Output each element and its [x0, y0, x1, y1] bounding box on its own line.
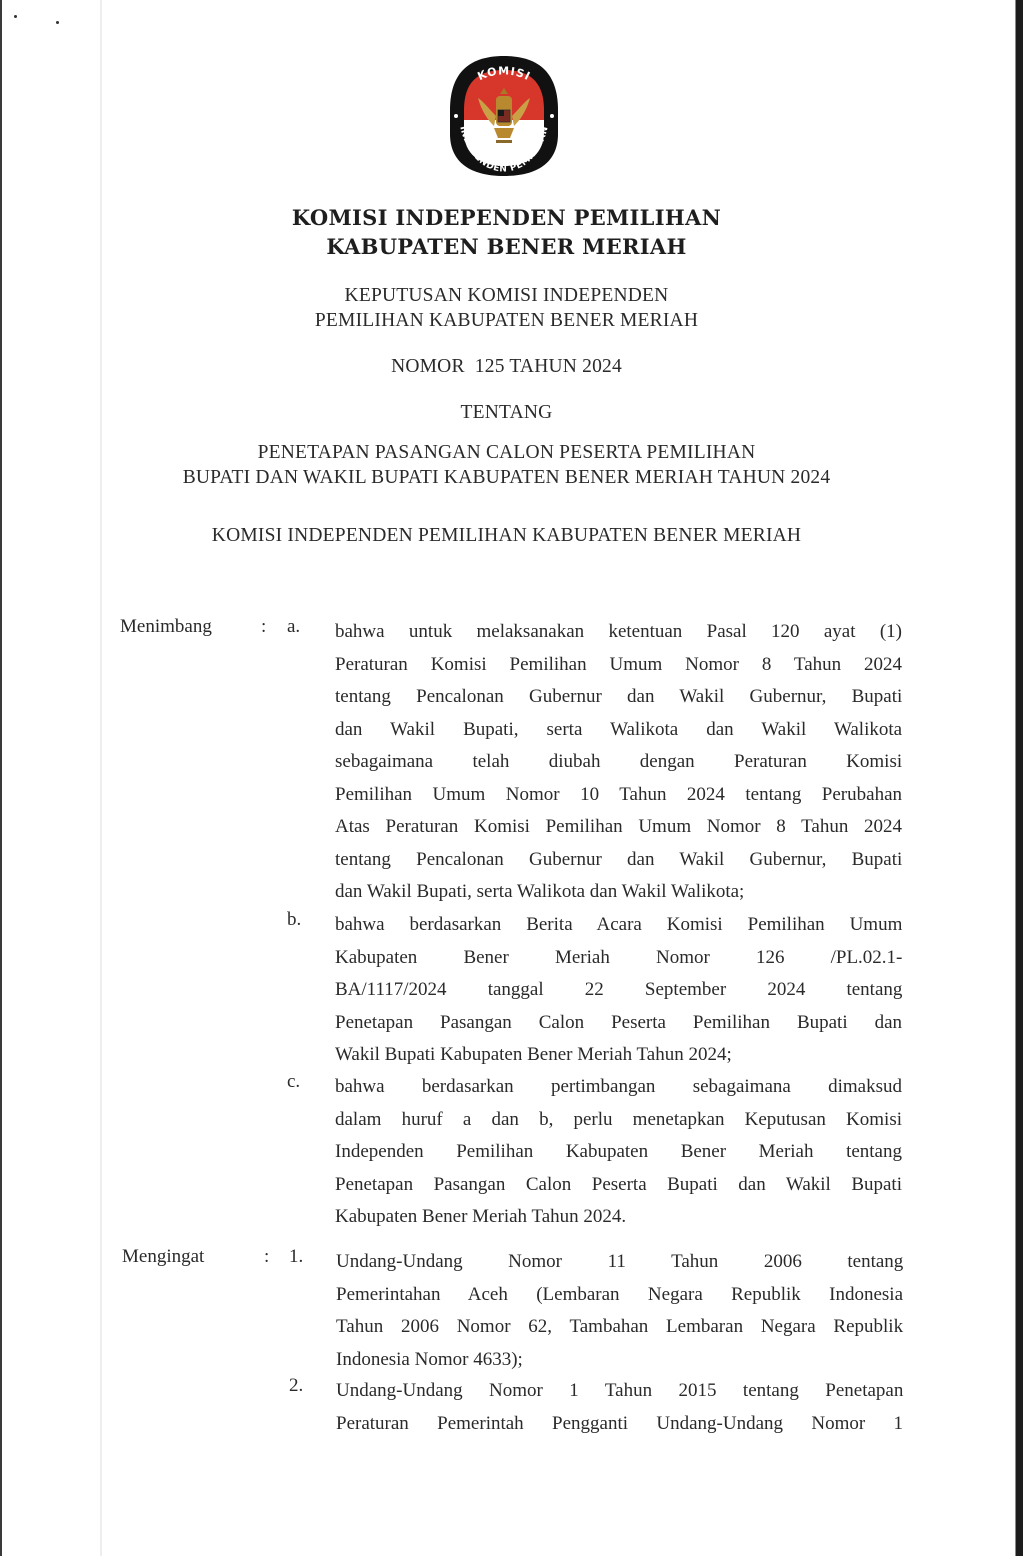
text-line: Pemerintahan Aceh (Lembaran Negara Repub…: [336, 1279, 903, 1312]
text-line: Atas Peraturan Komisi Pemilihan Umum Nom…: [335, 811, 902, 844]
decree-subject-line1: PENETAPAN PASANGAN CALON PESERTA PEMILIH…: [0, 440, 1013, 465]
menimbang-colon: :: [261, 616, 266, 638]
decree-title: KEPUTUSAN KOMISI INDEPENDEN PEMILIHAN KA…: [0, 283, 1013, 333]
text-line: bahwa untuk melaksanakan ketentuan Pasal…: [335, 616, 902, 649]
text-line: Pemilihan Umum Nomor 10 Tahun 2024 tenta…: [335, 779, 902, 812]
text-line: Indonesia Nomor 4633);: [336, 1344, 903, 1377]
kip-logo: KOMISI INDEPENDEN PEMILIHAN: [448, 54, 560, 178]
text-line: Kabupaten Bener Meriah Nomor 126 /PL.02.…: [335, 942, 902, 975]
decree-subject: PENETAPAN PASANGAN CALON PESERTA PEMILIH…: [0, 440, 1013, 490]
text-line: bahwa berdasarkan pertimbangan sebagaima…: [335, 1071, 902, 1104]
item-marker: a.: [287, 616, 300, 638]
page-right-edge: [1015, 0, 1023, 1556]
text-line: bahwa berdasarkan Berita Acara Komisi Pe…: [335, 909, 902, 942]
decree-subject-line2: BUPATI DAN WAKIL BUPATI KABUPATEN BENER …: [0, 465, 1013, 490]
menimbang-label: Menimbang: [120, 616, 212, 638]
text-line: Penetapan Pasangan Calon Peserta Pemilih…: [335, 1007, 902, 1040]
item-text: bahwa berdasarkan pertimbangan sebagaima…: [335, 1071, 902, 1234]
text-line: Kabupaten Bener Meriah Tahun 2024.: [335, 1201, 902, 1234]
mengingat-label: Mengingat: [122, 1246, 204, 1268]
text-line: sebagaimana telah diubah dengan Peratura…: [335, 746, 902, 779]
text-line: Penetapan Pasangan Calon Peserta Bupati …: [335, 1169, 902, 1202]
text-line: dan Wakil Bupati, serta Walikota dan Wak…: [335, 714, 902, 747]
decree-title-line2: PEMILIHAN KABUPATEN BENER MERIAH: [0, 308, 1013, 333]
text-line: Wakil Bupati Kabupaten Bener Meriah Tahu…: [335, 1039, 902, 1072]
text-line: Independen Pemilihan Kabupaten Bener Mer…: [335, 1136, 902, 1169]
text-line: Undang-Undang Nomor 11 Tahun 2006 tentan…: [336, 1246, 903, 1279]
text-line: BA/1117/2024 tanggal 22 September 2024 t…: [335, 974, 902, 1007]
text-line: Peraturan Pemerintah Pengganti Undang-Un…: [336, 1408, 903, 1441]
mengingat-colon: :: [264, 1246, 269, 1268]
text-line: dan Wakil Bupati, serta Walikota dan Wak…: [335, 876, 902, 909]
scan-speck: [14, 15, 17, 18]
decree-number: NOMOR 125 TAHUN 2024: [0, 354, 1013, 379]
org-name: KOMISI INDEPENDEN PEMILIHAN KABUPATEN BE…: [0, 203, 1013, 261]
text-line: tentang Pencalonan Gubernur dan Wakil Gu…: [335, 681, 902, 714]
item-marker: 2.: [289, 1375, 303, 1397]
item-text: Undang-Undang Nomor 1 Tahun 2015 tentang…: [336, 1375, 903, 1440]
item-text: Undang-Undang Nomor 11 Tahun 2006 tentan…: [336, 1246, 903, 1376]
item-marker: b.: [287, 909, 301, 931]
item-marker: 1.: [289, 1246, 303, 1268]
text-line: tentang Pencalonan Gubernur dan Wakil Gu…: [335, 844, 902, 877]
text-line: dalam huruf a dan b, perlu menetapkan Ke…: [335, 1104, 902, 1137]
scan-speck: [56, 21, 59, 24]
item-text: bahwa berdasarkan Berita Acara Komisi Pe…: [335, 909, 902, 1072]
text-line: Tahun 2006 Nomor 62, Tambahan Lembaran N…: [336, 1311, 903, 1344]
org-name-line1: KOMISI INDEPENDEN PEMILIHAN: [0, 203, 1013, 232]
org-name-line2: KABUPATEN BENER MERIAH: [0, 232, 1013, 261]
about-heading: TENTANG: [0, 400, 1013, 425]
item-text: bahwa untuk melaksanakan ketentuan Pasal…: [335, 616, 902, 909]
garuda-emblem-icon: KOMISI INDEPENDEN PEMILIHAN: [448, 54, 560, 178]
decree-title-line1: KEPUTUSAN KOMISI INDEPENDEN: [0, 283, 1013, 308]
text-line: Peraturan Komisi Pemilihan Umum Nomor 8 …: [335, 649, 902, 682]
text-line: Undang-Undang Nomor 1 Tahun 2015 tentang…: [336, 1375, 903, 1408]
issuer-heading: KOMISI INDEPENDEN PEMILIHAN KABUPATEN BE…: [0, 523, 1013, 548]
item-marker: c.: [287, 1071, 300, 1093]
